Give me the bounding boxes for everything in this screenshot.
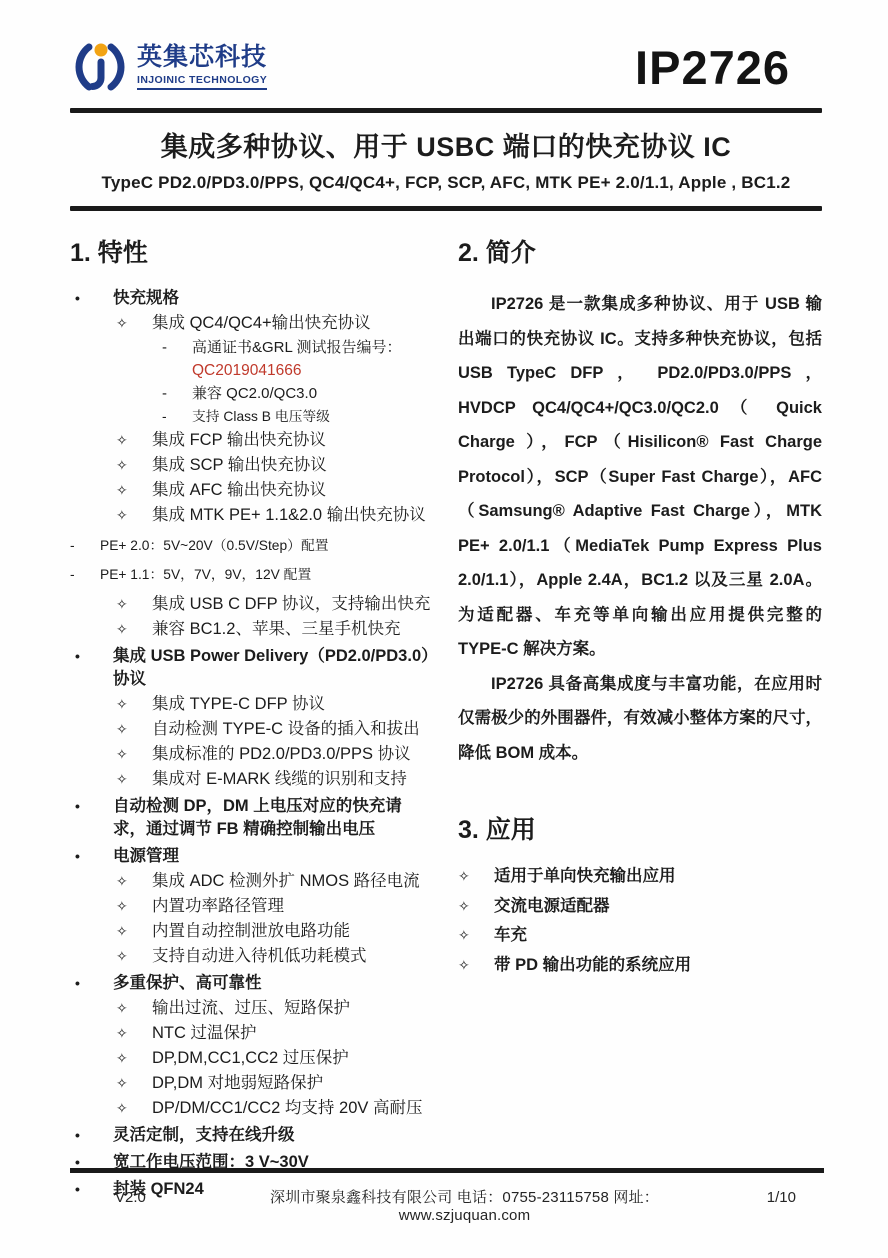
diamond-bullet-icon: ✧ [458,862,494,892]
feature-text: 内置自动控制泄放电路功能 [152,920,434,943]
bullet-icon: ✧ [116,743,152,766]
feature-item: ✧ 输出过流、过压、短路保护 [116,997,434,1020]
bullet-icon: ✧ [116,312,152,335]
feature-text: 支持自动进入待机低功耗模式 [152,945,434,968]
feature-item: ✧ 集成 ADC 检测外扩 NMOS 路径电流 [116,870,434,893]
bullet-icon: ✧ [116,479,152,502]
feature-text: DP,DM 对地弱短路保护 [152,1072,434,1095]
feature-text: NTC 过温保护 [152,1022,434,1045]
bullet-icon: - [70,535,100,556]
feature-text: 支持 Class B 电压等级 [192,406,434,427]
feature-item: - 支持 Class B 电压等级 [162,406,434,427]
feature-item: • 灵活定制，支持在线升级 [70,1124,434,1147]
intro-column: 2. 简介 IP2726 是一款集成多种协议、用于 USB 输出端口的快充协议 … [458,221,822,1203]
intro-paragraph: IP2726 具备高集成度与丰富功能，在应用时仅需极少的外围器件，有效减小整体方… [458,667,822,771]
bullet-icon: ✧ [116,718,152,741]
feature-text: PE+ 2.0：5V~20V（0.5V/Step）配置 [100,535,434,556]
feature-item: • 集成 USB Power Delivery（PD2.0/PD3.0）协议 [70,645,434,691]
feature-text: 内置功率路径管理 [152,895,434,918]
bullet-icon: - [162,406,192,427]
feature-item: ✧ 集成 MTK PE+ 1.1&2.0 输出快充协议 [116,504,434,527]
title-block: 集成多种协议、用于 USBC 端口的快充协议 IC TypeC PD2.0/PD… [70,113,822,206]
bullet-icon: ✧ [116,768,152,791]
feature-item: ✧ 集成 SCP 输出快充协议 [116,454,434,477]
feature-text: 集成 SCP 输出快充协议 [152,454,434,477]
footer-row: V2.0 深圳市聚泉鑫科技有限公司 电话：0755-23115758 网址：ww… [70,1186,824,1224]
bullet-icon: • [70,795,113,818]
bullet-icon: - [70,564,100,585]
page-header: 英集芯科技 INJOINIC TECHNOLOGY IP2726 [70,30,822,104]
application-text: 适用于单向快充输出应用 [494,862,676,892]
feature-text: 集成 USB C DFP 协议，支持输出快充 [152,593,434,616]
part-number: IP2726 [635,40,790,95]
feature-text: 集成 TYPE-C DFP 协议 [152,693,434,716]
logo-text: 英集芯科技 INJOINIC TECHNOLOGY [137,44,267,90]
feature-item: ✧ NTC 过温保护 [116,1022,434,1045]
feature-text: 多重保护、高可靠性 [113,972,434,995]
footer-divider [70,1168,824,1173]
document-version: V2.0 [70,1189,205,1206]
feature-item: QC2019041666 [192,360,434,381]
feature-item: ✧ 支持自动进入待机低功耗模式 [116,945,434,968]
feature-text: DP,DM,CC1,CC2 过压保护 [152,1047,434,1070]
intro-paragraphs: IP2726 是一款集成多种协议、用于 USB 输出端口的快充协议 IC。支持多… [458,287,822,770]
feature-text: 输出过流、过压、短路保护 [152,997,434,1020]
feature-text: 自动检测 TYPE-C 设备的插入和拔出 [152,718,434,741]
injoinic-logo-icon [70,37,130,97]
page-number: 1/10 [724,1189,824,1206]
bullet-icon: • [70,1124,113,1147]
feature-text: 集成 MTK PE+ 1.1&2.0 输出快充协议 [152,504,434,527]
features-column: 1. 特性 • 快充规格 ✧ 集成 QC4/QC4+输出快充协议 [70,221,434,1203]
features-heading: 1. 特性 [70,233,434,269]
feature-text: 集成 USB Power Delivery（PD2.0/PD3.0）协议 [113,645,434,691]
features-list: • 快充规格 ✧ 集成 QC4/QC4+输出快充协议 - 高通证书&GRL 测试… [70,287,434,1201]
diamond-bullet-icon: ✧ [458,892,494,922]
feature-text: 自动检测 DP，DM 上电压对应的快充请求，通过调节 FB 精确控制输出电压 [113,795,434,841]
feature-item: ✧ 集成 QC4/QC4+输出快充协议 [116,312,434,335]
application-text: 带 PD 输出功能的系统应用 [494,951,691,981]
feature-text: DP/DM/CC1/CC2 均支持 20V 高耐压 [152,1097,434,1120]
bullet-icon: ✧ [116,920,152,943]
bullet-icon: ✧ [116,504,152,527]
feature-item: ✧ 集成 FCP 输出快充协议 [116,429,434,452]
feature-text: 集成对 E-MARK 线缆的识别和支持 [152,768,434,791]
feature-item: - PE+ 2.0：5V~20V（0.5V/Step）配置 [70,535,434,556]
feature-item: ✧ 内置功率路径管理 [116,895,434,918]
company-logo: 英集芯科技 INJOINIC TECHNOLOGY [70,37,267,97]
feature-item: ✧ DP/DM/CC1/CC2 均支持 20V 高耐压 [116,1097,434,1120]
bullet-icon: - [162,337,192,358]
feature-item: ✧ 内置自动控制泄放电路功能 [116,920,434,943]
logo-chinese-name: 英集芯科技 [137,44,267,72]
application-item: ✧ 车充 [458,921,822,951]
feature-item: • 快充规格 [70,287,434,310]
feature-item: - 高通证书&GRL 测试报告编号： [162,337,434,358]
feature-item: - PE+ 1.1：5V，7V，9V，12V 配置 [70,564,434,585]
feature-item: ✧ 兼容 BC1.2、苹果、三星手机快充 [116,618,434,641]
feature-text: QC2019041666 [192,360,434,381]
feature-item: ✧ 集成 USB C DFP 协议，支持输出快充 [116,593,434,616]
bullet-icon: ✧ [116,593,152,616]
application-item: ✧ 带 PD 输出功能的系统应用 [458,951,822,981]
bullet-icon: • [70,972,113,995]
application-text: 车充 [494,921,527,951]
bullet-icon: ✧ [116,693,152,716]
bullet-icon: • [70,845,113,868]
bullet-icon: ✧ [116,1097,152,1120]
bullet-icon: ✧ [116,1047,152,1070]
bullet-icon: ✧ [116,870,152,893]
bullet-icon: ✧ [116,945,152,968]
content-columns: 1. 特性 • 快充规格 ✧ 集成 QC4/QC4+输出快充协议 [70,221,822,1203]
bullet-icon: ✧ [116,1072,152,1095]
feature-text: 兼容 QC2.0/QC3.0 [192,383,434,404]
feature-item: - 兼容 QC2.0/QC3.0 [162,383,434,404]
applications-section: 3. 应用 ✧ 适用于单向快充输出应用 ✧ 交流电源适配器 [458,810,822,980]
intro-paragraph: IP2726 是一款集成多种协议、用于 USB 输出端口的快充协议 IC。支持多… [458,287,822,667]
bullet-icon: • [70,645,113,668]
application-item: ✧ 适用于单向快充输出应用 [458,862,822,892]
application-item: ✧ 交流电源适配器 [458,892,822,922]
title-divider [70,206,822,211]
feature-item: ✧ 集成 AFC 输出快充协议 [116,479,434,502]
datasheet-page: 英集芯科技 INJOINIC TECHNOLOGY IP2726 集成多种协议、… [0,0,888,1258]
feature-text: 兼容 BC1.2、苹果、三星手机快充 [152,618,434,641]
applications-heading: 3. 应用 [458,810,822,846]
feature-item: ✧ 集成 TYPE-C DFP 协议 [116,693,434,716]
feature-item: • 自动检测 DP，DM 上电压对应的快充请求，通过调节 FB 精确控制输出电压 [70,795,434,841]
document-subtitle: TypeC PD2.0/PD3.0/PPS, QC4/QC4+, FCP, SC… [70,173,822,193]
bullet-icon: ✧ [116,1022,152,1045]
feature-item: ✧ DP,DM 对地弱短路保护 [116,1072,434,1095]
feature-text: 集成 AFC 输出快充协议 [152,479,434,502]
application-text: 交流电源适配器 [494,892,610,922]
bullet-icon: ✧ [116,895,152,918]
bullet-icon: ✧ [116,454,152,477]
feature-item: ✧ 集成对 E-MARK 线缆的识别和支持 [116,768,434,791]
bullet-icon: ✧ [116,429,152,452]
diamond-bullet-icon: ✧ [458,951,494,981]
logo-english-name: INJOINIC TECHNOLOGY [137,74,267,90]
feature-item: ✧ DP,DM,CC1,CC2 过压保护 [116,1047,434,1070]
feature-text: 集成 ADC 检测外扩 NMOS 路径电流 [152,870,434,893]
feature-text: 集成标准的 PD2.0/PD3.0/PPS 协议 [152,743,434,766]
feature-item: ✧ 集成标准的 PD2.0/PD3.0/PPS 协议 [116,743,434,766]
intro-heading: 2. 简介 [458,233,822,269]
applications-list: ✧ 适用于单向快充输出应用 ✧ 交流电源适配器 ✧ 车充 [458,862,822,980]
feature-item: ✧ 自动检测 TYPE-C 设备的插入和拔出 [116,718,434,741]
feature-text: 集成 FCP 输出快充协议 [152,429,434,452]
feature-text: 电源管理 [113,845,434,868]
company-contact-info: 深圳市聚泉鑫科技有限公司 电话：0755-23115758 网址：www.szj… [205,1186,724,1224]
feature-text: 快充规格 [113,287,434,310]
page-footer: V2.0 深圳市聚泉鑫科技有限公司 电话：0755-23115758 网址：ww… [70,1168,824,1224]
bullet-icon: • [70,287,113,310]
bullet-icon: - [162,383,192,404]
feature-item: • 多重保护、高可靠性 [70,972,434,995]
bullet-icon: ✧ [116,997,152,1020]
document-title: 集成多种协议、用于 USBC 端口的快充协议 IC [70,125,822,164]
feature-item: • 电源管理 [70,845,434,868]
diamond-bullet-icon: ✧ [458,921,494,951]
feature-text: PE+ 1.1：5V，7V，9V，12V 配置 [100,564,434,585]
feature-text: 集成 QC4/QC4+输出快充协议 [152,312,434,335]
feature-text: 高通证书&GRL 测试报告编号： [192,337,434,358]
feature-text: 灵活定制，支持在线升级 [113,1124,434,1147]
bullet-icon: ✧ [116,618,152,641]
